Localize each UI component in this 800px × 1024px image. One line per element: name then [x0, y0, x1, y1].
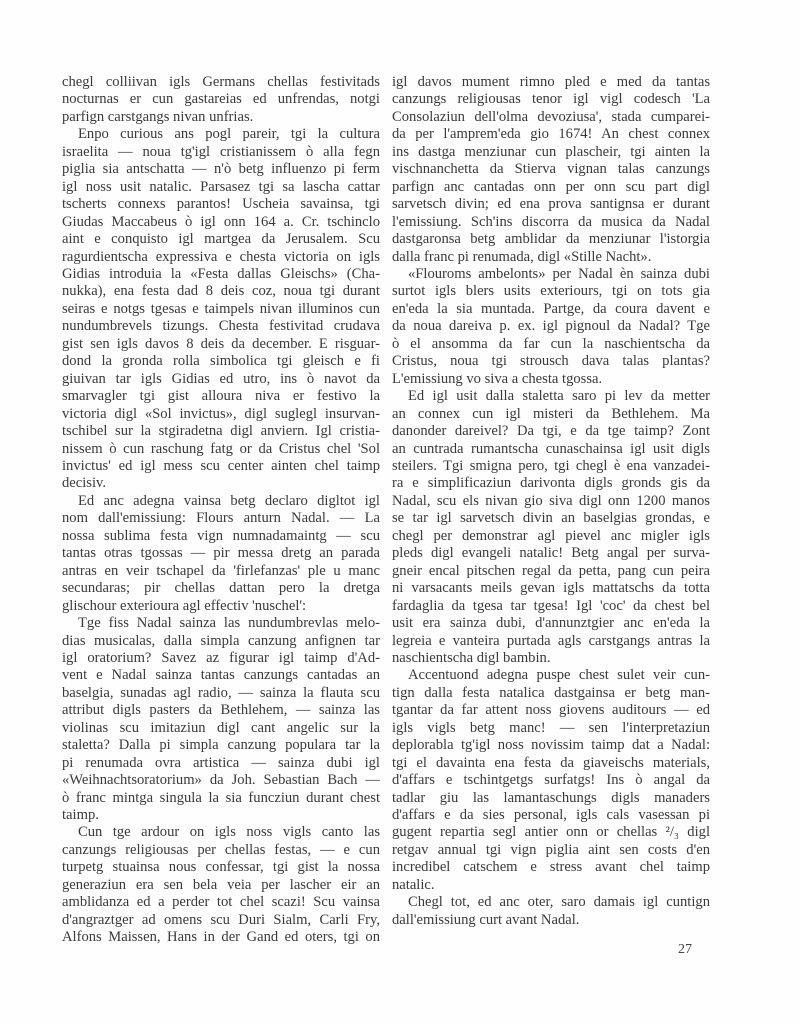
text-line: tgi el davainta ena festa da giaveischs … — [392, 755, 710, 772]
text-line: Nadal, scu els nivan gio siva digl onn 1… — [392, 493, 710, 510]
text-line: antras en veir tschapel da 'firlefanzas'… — [62, 563, 380, 580]
text-line: turpetg stuainsa nous confessar, tgi gis… — [62, 859, 380, 876]
text-line: usit era sainza dubi, d'annunztgier anc … — [392, 615, 710, 632]
text-line: secundaras; pir chellas dattan pero la d… — [62, 580, 380, 597]
text-line: Accentuond adegna puspe chest sulet veir… — [392, 667, 710, 684]
text-line: igl oratorium? Savez az figurar igl taim… — [62, 650, 380, 667]
text-line: ò el ansomma da far cun la naschientscha… — [392, 336, 710, 353]
text-line: ragurdientscha expressiva e chesta victo… — [62, 249, 380, 266]
text-line: dond la gronda rolla simbolica tgi gleis… — [62, 353, 380, 370]
text-line: tgantar da far attent noss giovens audit… — [392, 702, 710, 719]
text-line: natalic. — [392, 877, 710, 894]
text-line: dalla franc pi renumada, digl «Stille Na… — [392, 249, 710, 266]
text-line: chegl per demonstrar agl pievel anc migl… — [392, 528, 710, 545]
text-line: attribut digls pasters da Bethlehem, — s… — [62, 702, 380, 719]
text-line: decisiv. — [62, 475, 380, 492]
text-line: glischour exterioura agl effectiv 'nusch… — [62, 598, 380, 615]
text-line: «Weihnachtsoratorium» da Joh. Sebastian … — [62, 772, 380, 789]
text-line: aint e conquisto igl martgea da Jerusale… — [62, 231, 380, 248]
page-number: 27 — [678, 942, 692, 958]
text-line: tschibel sur la stgiradetna digl anviern… — [62, 423, 380, 440]
text-line: vischnanchetta da Stierva vignan talas c… — [392, 161, 710, 178]
text-line: an cuntrada rumantscha cunaschainsa igl … — [392, 441, 710, 458]
text-line: generaziun era sen bela veia per lascher… — [62, 877, 380, 894]
text-line: Ed igl usit dalla staletta saro pi lev d… — [392, 388, 710, 405]
text-line: staletta? Dalla pi simpla canzung popula… — [62, 737, 380, 754]
text-line: taimp. — [62, 807, 380, 824]
text-line: ra e simplificaziun darivonta digls gron… — [392, 475, 710, 492]
text-line: dias musicalas, dalla simpla canzung anf… — [62, 633, 380, 650]
text-line: tantas otras tgossas — pir messa dretg a… — [62, 545, 380, 562]
text-line: giuivan tar igls Gidias ed utro, ins ò n… — [62, 371, 380, 388]
text-line: nukka), ena festa dad 8 deis coz, noua t… — [62, 283, 380, 300]
text-line: ni varsacants meils gevan igls mattatsch… — [392, 580, 710, 597]
text-line: gist sen igls davos 8 deis da december. … — [62, 336, 380, 353]
text-line: seiras e notgs tgesas e taimpels nivan i… — [62, 301, 380, 318]
left-text-column: chegl colliivan igls Germans chellas fes… — [62, 74, 380, 947]
text-line: igls vigls betg manc! — sen l'interpreta… — [392, 720, 710, 737]
text-line: dastgaronsa betg amblidar da menziunar l… — [392, 231, 710, 248]
text-line: smarvagler tgi gist alloura niva er fest… — [62, 388, 380, 405]
text-line: Enpo curious ans pogl pareir, tgi la cul… — [62, 126, 380, 143]
text-line: da noua dareiva p. ex. igl pignoul da Na… — [392, 318, 710, 335]
text-line: Cristus, noua tgi strousch dava talas pl… — [392, 353, 710, 370]
text-line: sarvetsch divin; ed ena prova santignsa … — [392, 196, 710, 213]
text-line: tign dalla festa natalica dastgainsa er … — [392, 685, 710, 702]
text-line: nundumbrevels tizungs. Chesta festivitad… — [62, 318, 380, 335]
text-line: canzungs religiousas per chellas festas,… — [62, 842, 380, 859]
text-line: da per l'amprem'eda gio 1674! An chest c… — [392, 126, 710, 143]
text-line: d'affars e da sies personal, igls cals v… — [392, 807, 710, 824]
text-line: legreia e vanteira purtada agls carstgan… — [392, 633, 710, 650]
text-line: l'emissiung. Sch'ins discorra da musica … — [392, 214, 710, 231]
text-line: Tge fiss Nadal sainza las nundumbrevlas … — [62, 615, 380, 632]
document-page: chegl colliivan igls Germans chellas fes… — [0, 0, 800, 1024]
right-text-column: igl davos mument rimno pled e med da tan… — [392, 74, 710, 929]
text-line: tadlar giu las lamantaschungs digls mana… — [392, 790, 710, 807]
text-line: Ed anc adegna vainsa betg declaro diglto… — [62, 493, 380, 510]
text-line: violinas scu imitaziun digl cant angelic… — [62, 720, 380, 737]
text-line: gugent repartia segl antier onn or chell… — [392, 824, 710, 841]
text-line: nossa sublima festa vign numnadamaintg —… — [62, 528, 380, 545]
text-line: en'eda la sia muntada. Partge, da coura … — [392, 301, 710, 318]
text-line: «Flouroms ambelonts» per Nadal èn sainza… — [392, 266, 710, 283]
text-line: nocturnas er cun gastareias ed unfrendas… — [62, 91, 380, 108]
text-line: canzungs religiousas tenor igl vigl code… — [392, 91, 710, 108]
text-line: Consolaziun dell'olma devoziusa', stada … — [392, 109, 710, 126]
text-line: parfign anc cantadas onn per onn scu par… — [392, 179, 710, 196]
text-line: nissem ò cun raschung fatg or da Cristus… — [62, 441, 380, 458]
text-line: Gidias introduia la «Festa dallas Gleisc… — [62, 266, 380, 283]
text-line: d'angraztger ad omens scu Duri Sialm, Ca… — [62, 912, 380, 929]
text-line: israelita — noua tg'igl cristianissem ò … — [62, 144, 380, 161]
text-line: igl davos mument rimno pled e med da tan… — [392, 74, 710, 91]
text-line: Giudas Maccabeus ò igl onn 164 a. Cr. ts… — [62, 214, 380, 231]
text-line: baselgia, sunadas agl radio, — sainza la… — [62, 685, 380, 702]
text-line: d'affars e tschintgetgs surfatgs! Ins ò … — [392, 772, 710, 789]
text-line: igl noss usit natalic. Parsasez tgi sa l… — [62, 179, 380, 196]
text-line: surtot igls blers usits exteriours, tgi … — [392, 283, 710, 300]
text-line: danonder dareivel? Da tgi, e da tge taim… — [392, 423, 710, 440]
text-line: victoria digl «Sol invictus», digl sugle… — [62, 406, 380, 423]
text-line: Cun tge ardour on igls noss vigls canto … — [62, 824, 380, 841]
text-line: deplorabla tg'igl noss novissim taimp da… — [392, 737, 710, 754]
text-line: dall'emissiung curt avant Nadal. — [392, 912, 710, 929]
text-line: fardaglia da tgesa tar tgesa! Igl 'coc' … — [392, 598, 710, 615]
text-line: pleds digl evangeli natalic! Betg angal … — [392, 545, 710, 562]
text-line: piglia sia antschatta — n'ò betg influen… — [62, 161, 380, 178]
text-line: ò franc mintga singula la sia funcziun d… — [62, 790, 380, 807]
text-line: nom dall'emissiung: Flours anturn Nadal.… — [62, 510, 380, 527]
text-line: Chegl tot, ed anc oter, saro damais igl … — [392, 894, 710, 911]
text-line: vent e Nadal sainza tantas canzungs cant… — [62, 667, 380, 684]
text-line: steilers. Tgi smigna pero, tgi chegl è e… — [392, 458, 710, 475]
text-line: gneir encal pitschen regal da petta, pan… — [392, 563, 710, 580]
text-line: pi renumada ovra artistica — sainza dubi… — [62, 755, 380, 772]
text-line: parfign carstgangs nivan unfrias. — [62, 109, 380, 126]
text-line: tscherts connexs parantos! Uscheia savai… — [62, 196, 380, 213]
text-line: an connex cun igl misteri da Bethlehem. … — [392, 406, 710, 423]
text-line: Alfons Maissen, Hans in der Gand ed oter… — [62, 929, 380, 946]
text-line: incredibel catschem e stress avant chel … — [392, 859, 710, 876]
text-line: retgav annual tgi vign piglia aint sen c… — [392, 842, 710, 859]
text-line: naschientscha digl bambin. — [392, 650, 710, 667]
text-line: chegl colliivan igls Germans chellas fes… — [62, 74, 380, 91]
text-line: L'emissiung vo siva a chesta tgossa. — [392, 371, 710, 388]
text-line: invictus' ed igl mess scu center ainten … — [62, 458, 380, 475]
text-line: ins dastga menziunar cun plascheir, tgi … — [392, 144, 710, 161]
text-line: se tar igl sarvetsch divin an baselgias … — [392, 510, 710, 527]
text-line: amblidanza ed a perder tot chel scazi! S… — [62, 894, 380, 911]
